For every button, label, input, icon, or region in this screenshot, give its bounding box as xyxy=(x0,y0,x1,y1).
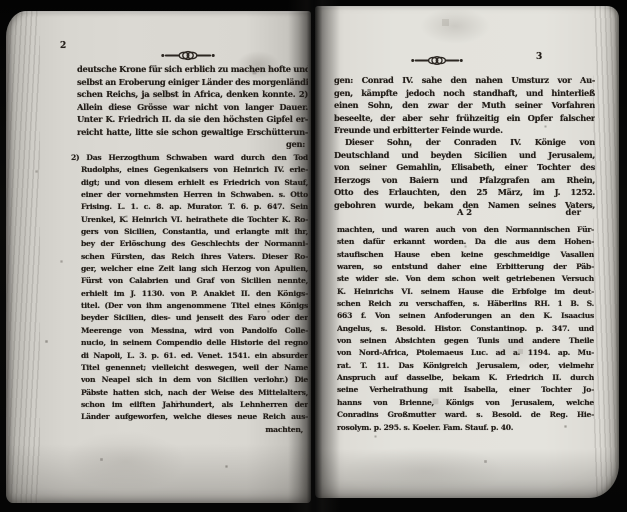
text-line: ger, welcher eine Zeit lang sich Herzog … xyxy=(81,263,308,275)
text-line: sten dafür erkannt worden. Da die aus de… xyxy=(337,236,594,248)
text-line: Deutschland und beyden Sicilien und Jeru… xyxy=(334,149,595,162)
text-line: schon im eilften Jahrhundert, als Lehnhe… xyxy=(81,399,308,411)
text-line: Anspruch auf dasselbe, bekam K. Friedric… xyxy=(337,372,594,384)
left-page-body-text: deutsche Krone für sich erblich zu mache… xyxy=(77,63,308,151)
body-lines: gen: Conrad IV. sahe den nahen Umsturz v… xyxy=(334,74,595,137)
text-line: reicht hatte, litte sie schon gewaltige … xyxy=(77,126,308,139)
text-line: Conradins Großmutter ward. s. Besold. de… xyxy=(337,409,594,421)
text-line: beseelte, der aber sehr frühzeitig ein O… xyxy=(334,112,595,125)
left-page-footnote: 2) Das Herzogthum Schwaben ward durch de… xyxy=(81,152,308,436)
text-line: 663 f. Von seinen Anfoderungen an den K.… xyxy=(337,310,594,322)
text-line: Länder aufgeworfen, welche dieses neue R… xyxy=(81,411,308,423)
text-line: einen Sohn, den zwar der Muth seiner Vor… xyxy=(334,99,595,112)
body-lines: Dieser Sohn, der Conraden IV. Könige von… xyxy=(334,136,595,211)
text-line: hanns von Brienne, Königs von Jerusalem,… xyxy=(337,397,594,409)
text-line: rat. T. 11. Das Königreich Jerusalem, od… xyxy=(337,360,594,372)
text-line: von seinen Absichten gegen Tunis und and… xyxy=(337,335,594,347)
page-number-right: 3 xyxy=(536,52,542,62)
text-line: schen Reich zu verschaffen, s. Häberlins… xyxy=(337,298,594,310)
text-line: selbst an Eroberung einiger Länder des m… xyxy=(77,76,308,89)
text-line: machten, und waren auch von den Normanni… xyxy=(337,224,594,236)
right-page-paragraph-2: Dieser Sohn, der Conraden IV. Könige von… xyxy=(334,136,595,211)
text-line: rosolym. p. 295. s. Koeler. Fam. Stauf. … xyxy=(337,422,594,434)
catchword-right: der xyxy=(566,206,581,219)
text-line: Allein diese Grösse war nicht von langer… xyxy=(77,101,308,114)
text-line: schen Fürsten, das Reich ihres Vaters. D… xyxy=(81,251,308,263)
text-line: schen Reichs, ja selbst in Africa, denke… xyxy=(77,88,308,101)
page-number-left: 2 xyxy=(60,41,66,51)
text-line: staufischen Hause eben keine geschmeidig… xyxy=(337,249,594,261)
text-line: Unter K. Friedrich II. da sie den höchst… xyxy=(77,113,308,126)
paper-speckles xyxy=(315,6,316,7)
right-page: 3 gen: Conrad IV. sahe den nahen Umsturz… xyxy=(315,6,619,498)
text-line: bey der Erlöschung des Geschlechts der N… xyxy=(81,238,308,250)
headpiece-ornament-icon xyxy=(410,54,464,67)
signature-line: A 2 der xyxy=(334,206,595,219)
page-deckle-edge xyxy=(6,11,40,503)
text-line: von Neapel sich in dem von Sicilien verl… xyxy=(81,374,308,386)
text-line: gen: Conrad IV. sahe den nahen Umsturz v… xyxy=(334,74,595,87)
text-line: 2) Das Herzogthum Schwaben ward durch de… xyxy=(71,152,308,164)
text-line: Freunde und erbitterter Feinde wurde. xyxy=(334,124,595,137)
footnote-lines: 2) Das Herzogthum Schwaben ward durch de… xyxy=(81,152,308,424)
text-line: gen, kämpfte jedoch noch standhaft, und … xyxy=(334,87,595,100)
text-line: seine Verheirathung mit Isabella, einer … xyxy=(337,384,594,396)
text-line: ste wider sie. Von dem schon weit getrie… xyxy=(337,273,594,285)
text-line: Otto des Erlauchten, den 25 März, im J. … xyxy=(334,186,595,199)
body-lines: deutsche Krone für sich erblich zu mache… xyxy=(77,63,308,138)
text-line: Rudolphs, eines Gegenkaisers von Heinric… xyxy=(81,164,308,176)
footnote-catchword-left: machten, xyxy=(81,424,308,436)
page-edge-lines xyxy=(593,6,619,498)
text-line: di Napoli, L. 3. p. 61. ed. Venet. 1541.… xyxy=(81,350,308,362)
text-line: einer der vornehmsten Herren in Schwaben… xyxy=(81,189,308,201)
text-line: von Nord-Africa, Ptolemaeus Luc. ad a. 1… xyxy=(337,347,594,359)
text-line: Urenkel, K. Heinrich VI. heirathete die … xyxy=(81,214,308,226)
text-line: Angelus, s. Besold. Histor. Constantinop… xyxy=(337,323,594,335)
text-line: Titel genennet; vielleicht deswegen, wei… xyxy=(81,362,308,374)
text-line: Päbste hatten sich, nach der Weise des M… xyxy=(81,387,308,399)
text-line: waren, so entstund daher eine Erbitterun… xyxy=(337,261,594,273)
footnote-lines: machten, und waren auch von den Normanni… xyxy=(337,224,594,434)
paper-stain xyxy=(345,446,505,496)
text-line: deutsche Krone für sich erblich zu mache… xyxy=(77,63,308,76)
catchword-left: gen: xyxy=(77,138,308,151)
text-line: erhielt im J. 1130. von P. Anaklet II. d… xyxy=(81,288,308,300)
text-line: titel. (Der von ihm angenommene Titel ei… xyxy=(81,300,308,312)
paper-stain xyxy=(420,8,490,44)
text-line: Meerenge von Messina, wird von Pandolfo … xyxy=(81,325,308,337)
book-scan-photo: 2 deutsche Krone für sich erblich zu mac… xyxy=(0,0,627,512)
text-line: gers von Sicilien, Constantia, und erlan… xyxy=(81,226,308,238)
text-line: digt; und von diesem erhielt es Friedric… xyxy=(81,177,308,189)
paper-speckles xyxy=(6,11,7,12)
text-line: Herzogs von Baiern und Pfalzgrafen am Rh… xyxy=(334,174,595,187)
text-line: beyder Sicilien, dies- und jenseit des F… xyxy=(81,312,308,324)
text-line: Fürst von Calabrien und Graf von Sicilie… xyxy=(81,275,308,287)
right-page-footnote: machten, und waren auch von den Normanni… xyxy=(337,224,594,434)
right-page-paragraph-1: gen: Conrad IV. sahe den nahen Umsturz v… xyxy=(334,74,595,137)
signature-mark: A 2 xyxy=(457,207,472,217)
text-line: Frising. L. 1. c. 8. ap. Murator. T. 6. … xyxy=(81,201,308,213)
text-line: von seiner Gemahlin, Elisabeth, einer To… xyxy=(334,161,595,174)
paper-stain xyxy=(66,431,186,491)
text-line: nucio, in seinem Compendio delle Histori… xyxy=(81,337,308,349)
text-line: Dieser Sohn, der Conraden IV. Könige von xyxy=(334,136,595,149)
text-line: K. Heinrichs VI. seinem Hause die Erbfol… xyxy=(337,286,594,298)
headpiece-ornament-icon xyxy=(160,49,216,62)
left-page: 2 deutsche Krone für sich erblich zu mac… xyxy=(6,11,311,503)
